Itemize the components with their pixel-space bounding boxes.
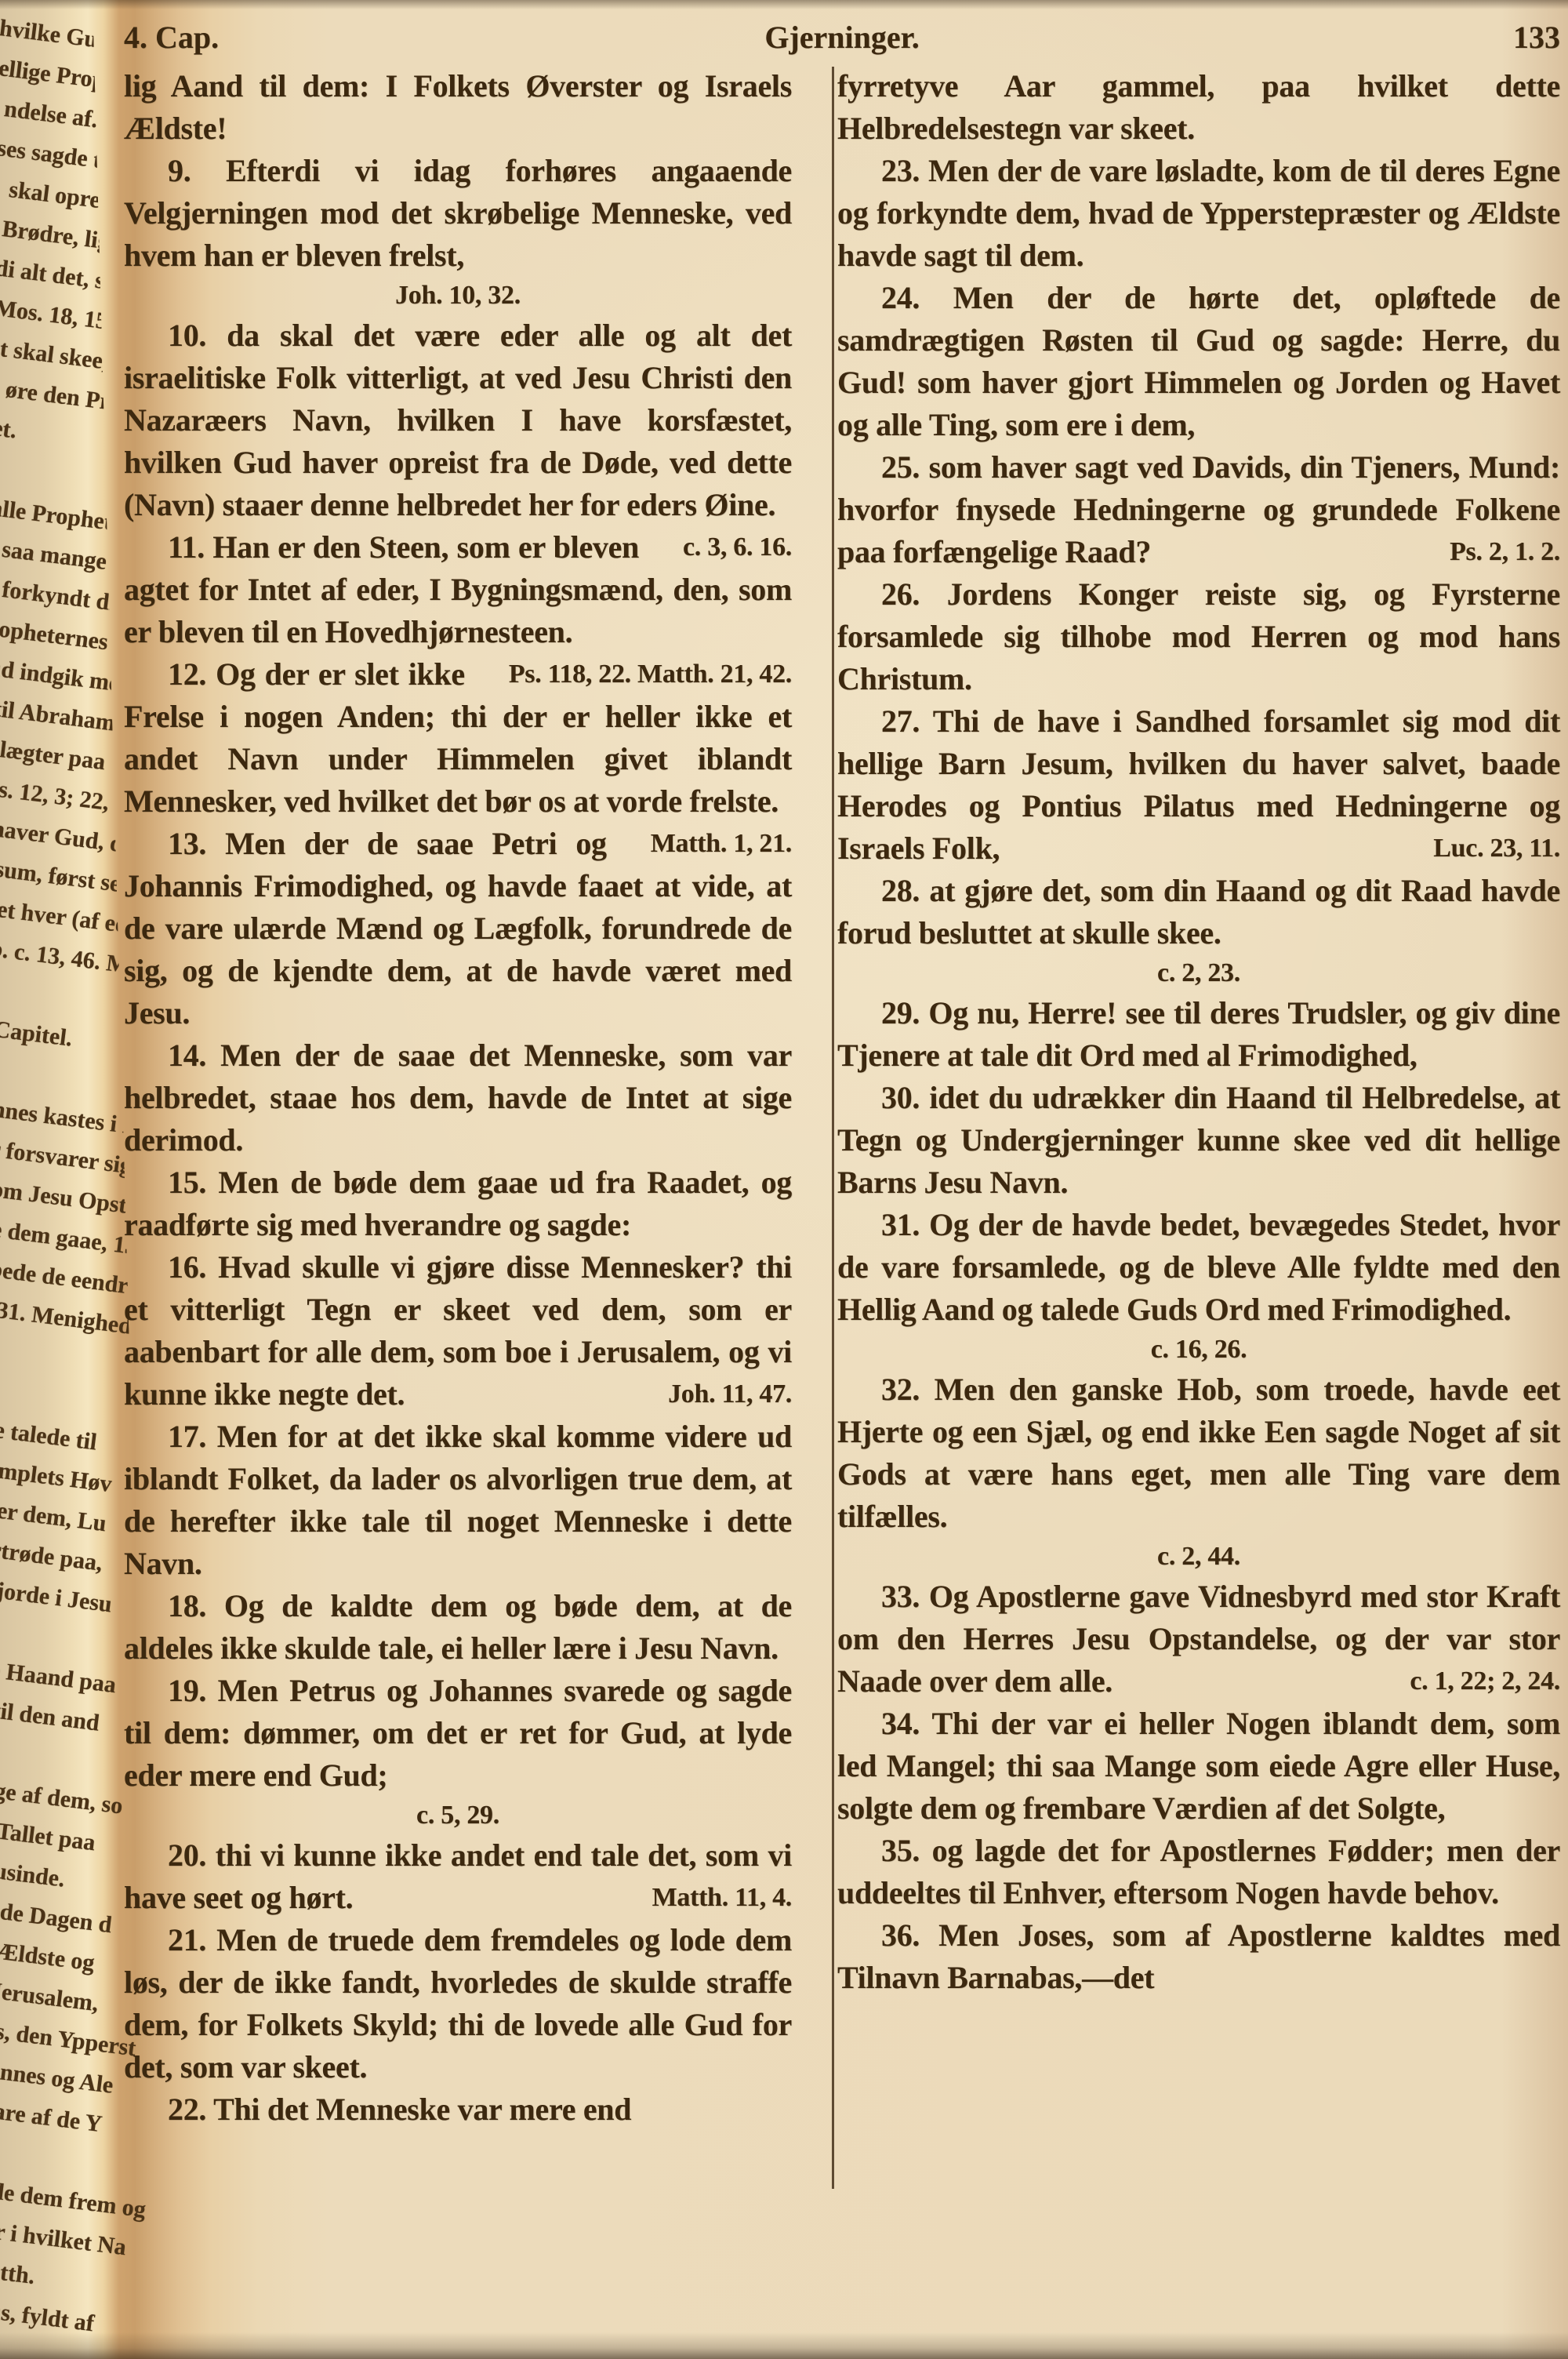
verse-reference: Joh. 11, 47.	[624, 1373, 792, 1416]
verse-paragraph: 32. Men den ganske Hob, som troede, havd…	[837, 1369, 1560, 1538]
verse-paragraph: 26. Jordens Konger reiste sig, og Fyrste…	[837, 573, 1560, 700]
verse-paragraph: 31. Og der de havde bedet, bevægedes Ste…	[837, 1204, 1560, 1331]
left-column: lig Aand til dem: I Folkets Øverster og …	[124, 65, 814, 2131]
verse-reference: Ps. 2, 1. 2.	[1406, 531, 1560, 573]
verse-paragraph: 19. Men Petrus og Johannes svarede og sa…	[124, 1670, 792, 1797]
verse-reference: c. 1, 22; 2, 24.	[1366, 1660, 1560, 1703]
reference-line: c. 5, 29.	[124, 1797, 792, 1834]
verse-paragraph: 18. Og de kaldte dem og bøde dem, at de …	[124, 1585, 792, 1670]
reference-line: Joh. 10, 32.	[124, 277, 792, 314]
verse-paragraph: 35. og lagde det for Apostlernes Fødder;…	[837, 1830, 1560, 1914]
verse-paragraph: 33. Og Apostlerne gave Vidnesbyrd med st…	[837, 1576, 1560, 1703]
verse-paragraph: 25. som haver sagt ved Davids, din Tjene…	[837, 446, 1560, 573]
verse-reference: Matth. 1, 21.	[607, 823, 792, 865]
verse-paragraph: 27. Thi de have i Sandhed forsamlet sig …	[837, 700, 1560, 870]
verse-reference: Matth. 11, 4.	[608, 1877, 792, 1919]
verse-paragraph: 21. Men de truede dem fremdeles og lode …	[124, 1919, 792, 2088]
verse-paragraph: 15. Men de bøde dem gaae ud fra Raadet, …	[124, 1161, 792, 1246]
page-header: 4. Cap. Gjerninger. 133	[124, 19, 1560, 62]
chapter-heading: 4. Cap.	[124, 19, 764, 56]
text-columns: lig Aand til dem: I Folkets Øverster og …	[124, 65, 1560, 2131]
verse-paragraph: 17. Men for at det ikke skal komme vider…	[124, 1416, 792, 1585]
verse-paragraph: 24. Men der de hørte det, opløftede de s…	[837, 277, 1560, 446]
verse-reference: Luc. 23, 11.	[1389, 827, 1560, 870]
verse-paragraph: 9. Efterdi vi idag forhøres angaaende Ve…	[124, 150, 792, 277]
verse-paragraph: 29. Og nu, Herre! see til deres Trudsler…	[837, 992, 1560, 1077]
page-content: 4. Cap. Gjerninger. 133 lig Aand til dem…	[124, 19, 1560, 2131]
right-column: fyrretyve Aar gammel, paa hvilket dette …	[814, 65, 1560, 2131]
verse-paragraph: 16. Hvad skulle vi gjøre disse Mennesker…	[124, 1246, 792, 1416]
verse-reference: c. 3, 6. 16.	[639, 526, 792, 569]
verse-paragraph: 10. da skal det være eder alle og alt de…	[124, 314, 792, 526]
page-number: 133	[920, 19, 1560, 56]
verse-paragraph: 20. thi vi kunne ikke andet end tale det…	[124, 1834, 792, 1919]
verse-paragraph: 28. at gjøre det, som din Haand og dit R…	[837, 870, 1560, 954]
verse-paragraph: 22. Thi det Menneske var mere end	[124, 2088, 792, 2131]
verse-paragraph: 34. Thi der var ei heller Nogen iblandt …	[837, 1703, 1560, 1830]
book-page-photo: hvilke Gudellige Propheterndelse af.ses …	[0, 0, 1568, 2359]
reference-line: c. 2, 23.	[837, 954, 1560, 992]
verse-reference: Ps. 118, 22. Matth. 21, 42.	[465, 653, 792, 696]
verse-paragraph: lig Aand til dem: I Folkets Øverster og …	[124, 65, 792, 150]
verse-paragraph: 23. Men der de vare løsladte, kom de til…	[837, 150, 1560, 277]
reference-line: c. 16, 26.	[837, 1331, 1560, 1369]
verse-paragraph: fyrretyve Aar gammel, paa hvilket dette …	[837, 65, 1560, 150]
verse-paragraph: 36. Men Joses, som af Apostlerne kaldtes…	[837, 1914, 1560, 1999]
verse-paragraph: 30. idet du udrækker din Haand til Helbr…	[837, 1077, 1560, 1204]
column-divider	[832, 67, 834, 2189]
reference-line: c. 2, 44.	[837, 1538, 1560, 1576]
verse-paragraph: 14. Men der de saae det Menneske, som va…	[124, 1034, 792, 1161]
running-title: Gjerninger.	[764, 19, 919, 56]
